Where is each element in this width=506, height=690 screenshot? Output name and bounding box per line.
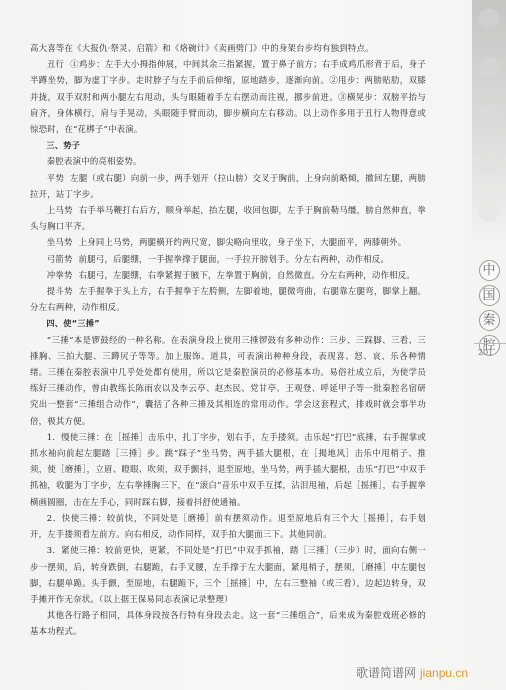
term-label: 弓箭势 xyxy=(47,254,73,264)
book-page: 中 国 秦 腔 201 高大喜等在《大报仇·祭灵、启箭》和《烙碗计》《卖画劈门》… xyxy=(0,0,506,690)
watermark-site: jianpu.cn xyxy=(420,666,468,680)
divider xyxy=(474,343,506,344)
paragraph: 高大喜等在《大报仇·祭灵、启箭》和《烙碗计》《卖画劈门》中的身架台步均有独到特点… xyxy=(30,40,426,56)
paragraph: “三捶”本是锣鼓经的一种名称。在表演身段上使用三捶锣鼓有多种动作：三步、三踩脚、… xyxy=(30,332,426,429)
section-heading: 四、使“三捶” xyxy=(30,315,426,331)
term-label: 上马势 xyxy=(47,205,73,215)
section-heading: 三、势子 xyxy=(30,137,426,153)
paragraph: 提斗势左手握拳于头上方，右手握拳于左胯侧，左脚着地，腿微弯曲，右腿靠左腿弯，脚掌… xyxy=(30,283,426,315)
watermark-text: 歌谱简谱网 xyxy=(356,666,416,680)
paragraph: 秦腔表演中的亮相姿势。 xyxy=(30,153,426,169)
paragraph: 2．快使三捶：较前快，不同处是［磨捶］前有摆须动作。退至原地后有三个大［摇捶］，… xyxy=(30,510,426,542)
title-char: 国 xyxy=(479,285,500,306)
paragraph: 其他各行路子相同，具体身段按各行特有身段去走。这一套“三捶组合”，后来成为秦腔戏… xyxy=(30,607,426,639)
paragraph: 3．紧使三捶：较前更快，更紧，不同处是“打巴”中双手抓袖，踏［三捶］（三步）时，… xyxy=(30,542,426,607)
paragraph: 1．慢使三捶：在［摇捶］击乐中，扎丁字步，划右手，左手搂须。击乐起“打巴”底捶，… xyxy=(30,429,426,510)
article-body: 高大喜等在《大报仇·祭灵、启箭》和《烙碗计》《卖画劈门》中的身架台步均有独到特点… xyxy=(30,40,426,640)
term-label: 丑行 xyxy=(47,59,64,69)
watermark: 歌谱简谱网jianpu.cn xyxy=(356,664,468,681)
title-char: 中 xyxy=(479,260,500,281)
paragraph: 坐马势上身同上马势，两腿横开约两尺宽，脚尖略向里收，身子坐下，大腿面平，两膝朝外… xyxy=(30,234,426,250)
paragraph: 丑行①鸡步：左手大小拇指伸展，中间其余三指紧握，置于鼻子前方；右手成鸡爪形背于后… xyxy=(30,56,426,137)
paragraph: 上马势右手举马鞭打右后方，顺身举起，抬左腿，收回包脚，左手于胸前勒马缰，膀自然伸… xyxy=(30,202,426,234)
paragraph: 弓箭势前腿弓，后腿绷，一手握拳撑于腿面，一手拉开膀划手。分左右两种，动作相反。 xyxy=(30,251,426,267)
term-label: 提斗势 xyxy=(47,286,73,296)
term-label: 平势 xyxy=(47,173,64,183)
term-label: 冲拳势 xyxy=(47,270,73,280)
paragraph: 平势左腿（或右腿）向前一步，两手划开（拉山膀）交叉于胸前，上身向前略倾，撤回左腿… xyxy=(30,170,426,202)
title-char: 秦 xyxy=(479,310,500,331)
term-label: 坐马势 xyxy=(47,237,73,247)
paragraph: 冲拳势右腿弓，左腿绷，右拳紧握于腋下，左拳置于胸前，自然微直。分左右两种，动作相… xyxy=(30,267,426,283)
decorative-border-pattern xyxy=(472,0,506,240)
book-title-vertical: 中 国 秦 腔 xyxy=(478,260,500,356)
page-number: 201 xyxy=(478,348,493,357)
